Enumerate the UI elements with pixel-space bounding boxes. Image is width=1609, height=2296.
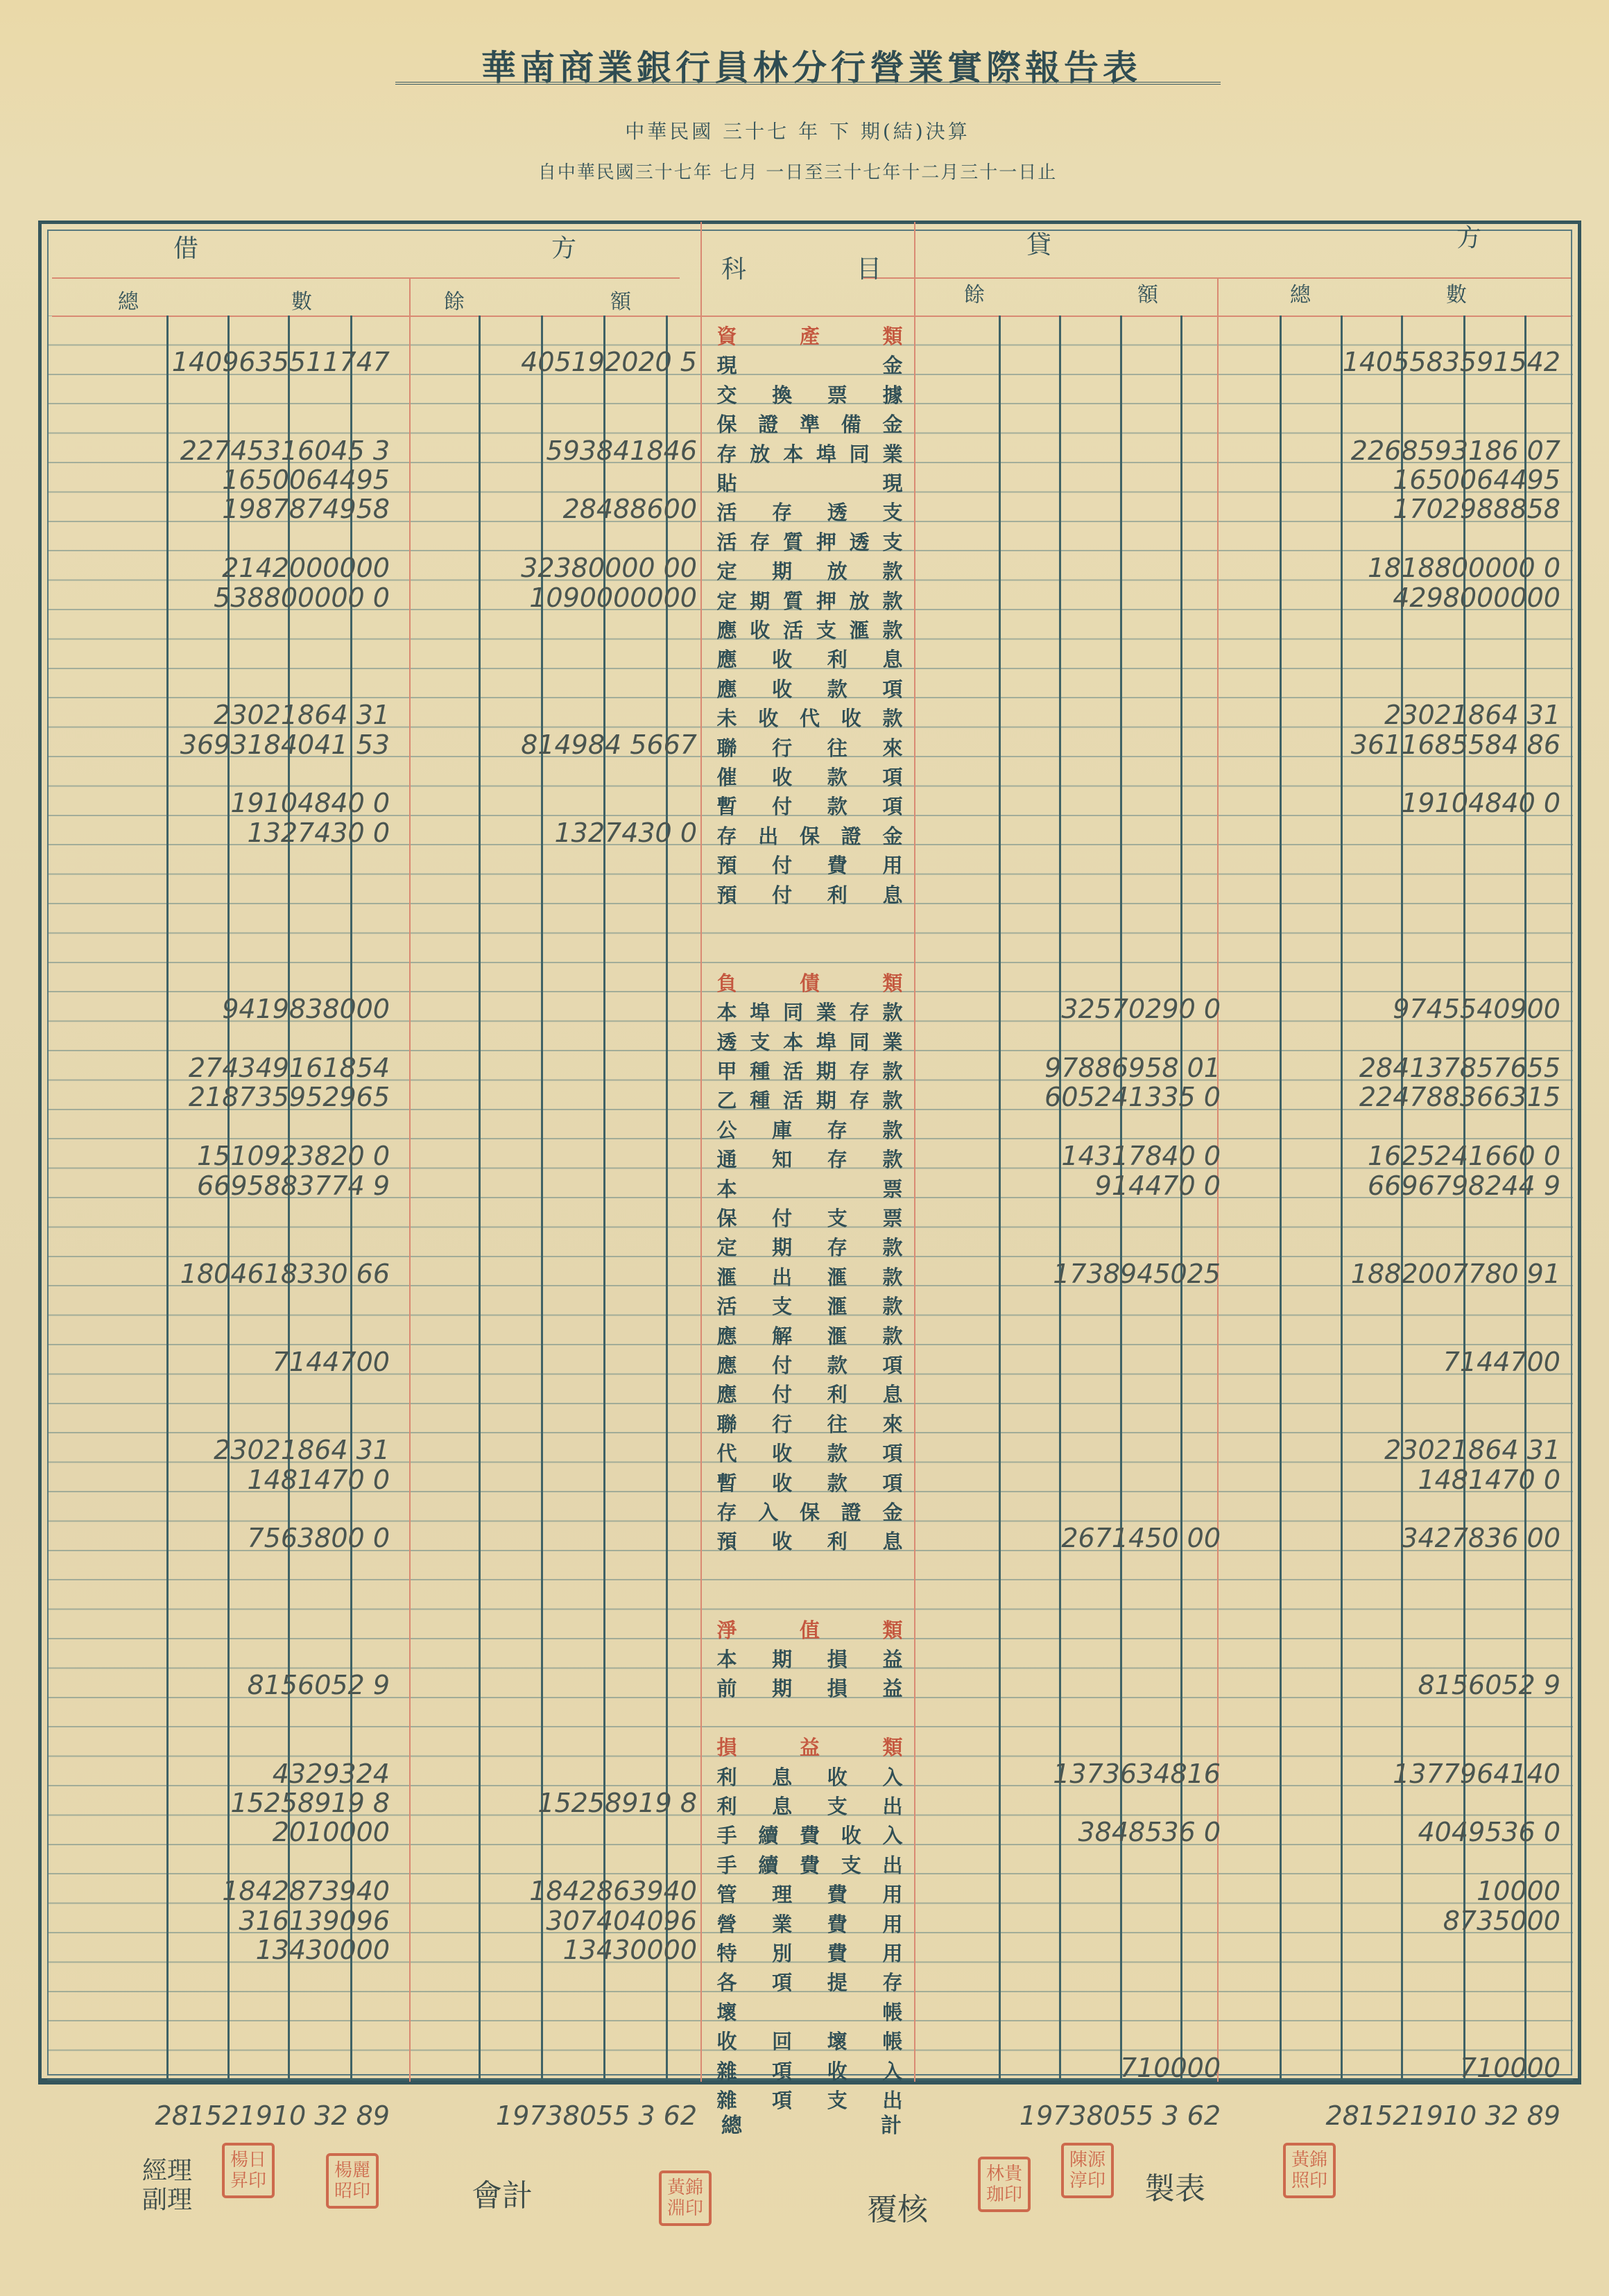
debit-total-value: 13430000	[104, 1935, 390, 1965]
account-char: 入	[880, 1762, 905, 1791]
account-name: 手續費支出	[714, 1850, 905, 1879]
debit-balance-value: 13430000	[430, 1935, 697, 1965]
account-char: 支	[825, 1203, 850, 1232]
account-char: 收	[770, 644, 795, 673]
account-char: 項	[770, 1967, 795, 1996]
debit-total-value: 15258919 8	[104, 1788, 390, 1818]
account-char: 息	[880, 644, 905, 673]
account-char: 款	[825, 791, 850, 820]
account-name: 預付費用	[714, 850, 905, 879]
account-char: 往	[825, 733, 850, 762]
account-char: 來	[880, 1409, 905, 1438]
account-char: 收	[770, 762, 795, 791]
debit-balance-value: 814984 5667	[430, 730, 697, 759]
account-char: 本	[781, 1027, 806, 1056]
account-char: 暫	[714, 791, 739, 820]
account-char: 帳	[880, 2026, 905, 2055]
account-char: 聯	[714, 1409, 739, 1438]
debit-balance-value: 405192020 5	[430, 347, 697, 377]
account-char: 存	[847, 997, 872, 1026]
account-char: 支	[880, 497, 905, 526]
account-char: 業	[770, 1909, 795, 1938]
account-char: 特	[714, 1938, 739, 1967]
account-char: 款	[880, 1056, 905, 1085]
account-char: 息	[770, 1791, 795, 1820]
account-char: 滙	[825, 1262, 850, 1291]
account-char: 息	[880, 1379, 905, 1408]
account-char: 應	[714, 674, 739, 703]
credit-total-value: 9745540900	[1234, 994, 1560, 1024]
account-char: 行	[770, 1409, 795, 1438]
account-name: 本埠同業存款	[714, 997, 905, 1026]
account-char: 期	[814, 1056, 838, 1085]
account-char: 續	[756, 1820, 781, 1849]
account-char: 收	[838, 703, 863, 732]
account-char: 類	[880, 1615, 905, 1644]
account-char: 付	[770, 1350, 795, 1379]
account-char: 存	[714, 439, 739, 468]
account-name: 應收活支滙款	[714, 615, 905, 644]
credit-total-value: 8156052 9	[1234, 1671, 1560, 1700]
account-char: 應	[714, 1350, 739, 1379]
account-name	[714, 1703, 905, 1732]
account-char: 本	[714, 1174, 739, 1203]
account-name: 前期損益	[714, 1673, 905, 1702]
account-char: 益	[880, 1673, 905, 1702]
account-name: 現金	[714, 350, 905, 379]
account-char: 本	[714, 1644, 739, 1673]
account-char: 業	[880, 1027, 905, 1056]
account-char: 行	[770, 733, 795, 762]
account-char: 款	[880, 1115, 905, 1144]
credit-total-value: 23021864 31	[1234, 700, 1560, 730]
account-name: 定期質押放款	[714, 586, 905, 615]
account-name	[714, 938, 905, 967]
account-char: 項	[880, 762, 905, 791]
account-char: 手	[714, 1820, 739, 1849]
debit-balance-value: 1090000000	[430, 583, 697, 612]
credit-balance-value: 1738945025	[929, 1259, 1221, 1288]
account-name	[714, 1556, 905, 1585]
account-char: 入	[880, 2056, 905, 2085]
debit-balance-head-r: 額	[610, 284, 631, 315]
account-char: 質	[781, 586, 806, 615]
debit-heading-left: 借	[173, 229, 198, 264]
account-char: 存	[714, 1497, 739, 1526]
account-char: 出	[756, 821, 781, 850]
account-char: 益	[880, 1644, 905, 1673]
signature-accountant: 會計	[472, 2170, 533, 2215]
account-char: 同	[847, 1027, 872, 1056]
account-char: 款	[880, 556, 905, 585]
date-range-line: 自中華民國三十七年 七月 一日至三十七年十二月三十一日止	[485, 158, 1110, 184]
account-name: 未收代收款	[714, 703, 905, 732]
account-char: 款	[825, 1438, 850, 1467]
account-char: 用	[880, 1938, 905, 1967]
account-char: 換	[770, 380, 795, 409]
account-char: 存	[825, 1232, 850, 1261]
account-char: 收	[825, 1762, 850, 1791]
account-char: 來	[880, 733, 905, 762]
seal-reviewer-2: 陳源淳印	[1061, 2143, 1114, 2198]
account-char: 期	[770, 556, 795, 585]
account-name: 活存透支	[714, 497, 905, 526]
account-char: 滙	[825, 1291, 850, 1320]
debit-balance-value: 15258919 8	[430, 1788, 697, 1818]
account-char: 活	[781, 1085, 806, 1114]
account-char: 債	[798, 968, 823, 997]
category-heading: 淨值類	[714, 1615, 905, 1644]
account-char: 期	[748, 586, 773, 615]
account-char: 通	[714, 1144, 739, 1173]
account-char: 支	[770, 1291, 795, 1320]
account-char: 用	[880, 1879, 905, 1908]
account-char: 款	[880, 1144, 905, 1173]
account-char: 營	[714, 1909, 739, 1938]
credit-balance-value: 14317840 0	[929, 1141, 1221, 1171]
account-char: 未	[714, 703, 739, 732]
account-char: 產	[798, 321, 823, 350]
account-char: 壞	[825, 2026, 850, 2055]
account-char: 質	[781, 527, 806, 556]
debit-total-value: 1804618330 66	[104, 1259, 390, 1288]
account-char: 證	[838, 821, 863, 850]
account-char: 保	[714, 1203, 739, 1232]
account-name: 暫收款項	[714, 1468, 905, 1497]
credit-balance-value: 914470 0	[929, 1171, 1221, 1200]
account-name: 雜項收入	[714, 2056, 905, 2085]
debit-total-head-l: 總	[118, 284, 139, 315]
debit-balance-value: 28488600	[430, 494, 697, 524]
account-char: 透	[847, 527, 872, 556]
credit-total-value: 1377964140	[1234, 1759, 1560, 1788]
account-char: 收	[756, 703, 781, 732]
account-char: 備	[838, 409, 863, 438]
account-char: 淨	[714, 1615, 739, 1644]
account-char: 同	[847, 439, 872, 468]
credit-total-value: 2268593186 07	[1234, 436, 1560, 465]
debit-total-value: 22745316045 3	[104, 436, 390, 465]
account-char: 款	[825, 1468, 850, 1497]
account-char: 本	[781, 439, 806, 468]
account-name: 預收利息	[714, 1526, 905, 1555]
account-char: 代	[714, 1438, 739, 1467]
account-char: 款	[880, 586, 905, 615]
account-char: 款	[880, 1291, 905, 1320]
seal-deputy: 楊麗昭印	[326, 2153, 379, 2209]
account-char: 放	[748, 439, 773, 468]
category-heading: 損益類	[714, 1732, 905, 1761]
col-divider-debit	[409, 277, 411, 2082]
account-char: 埠	[814, 1027, 838, 1056]
account-char: 應	[714, 615, 739, 644]
account-name: 存出保證金	[714, 821, 905, 850]
account-char: 滙	[714, 1262, 739, 1291]
debit-balance-value: 593841846	[430, 436, 697, 465]
account-name: 應付利息	[714, 1379, 905, 1408]
account-char: 應	[714, 1321, 739, 1350]
account-char: 業	[814, 997, 838, 1026]
credit-balance-value: 1373634816	[929, 1759, 1221, 1788]
account-char: 益	[798, 1732, 823, 1761]
account-name: 公庫存款	[714, 1115, 905, 1144]
credit-total-value: 1882007780 91	[1234, 1259, 1560, 1288]
account-name: 存放本埠同業	[714, 439, 905, 468]
account-char: 息	[880, 880, 905, 909]
account-char: 付	[770, 880, 795, 909]
account-char: 存	[825, 1115, 850, 1144]
credit-balance-value: 605241335 0	[929, 1082, 1221, 1112]
credit-balance-value: 32570290 0	[929, 994, 1221, 1024]
account-char: 息	[880, 1526, 905, 1555]
account-name: 透支本埠同業	[714, 1027, 905, 1056]
period-line: 中華民國 三十七 年 下 期(結)決算	[485, 116, 1110, 144]
debit-balance-value: 1327430 0	[430, 818, 697, 847]
debit-total-value: 1650064495	[104, 465, 390, 494]
account-char: 收	[825, 2056, 850, 2085]
account-char: 放	[825, 556, 850, 585]
account-char: 費	[825, 1909, 850, 1938]
account-char: 聯	[714, 733, 739, 762]
account-name: 活存質押透支	[714, 527, 905, 556]
account-name: 利息收入	[714, 1762, 905, 1791]
account-char: 用	[880, 1909, 905, 1938]
debit-total-value: 7563800 0	[104, 1524, 390, 1553]
debit-total-value: 9419838000	[104, 994, 390, 1024]
account-char: 活	[781, 1056, 806, 1085]
account-name: 定期放款	[714, 556, 905, 585]
account-char: 利	[825, 1526, 850, 1555]
account-char: 收	[770, 1468, 795, 1497]
account-char: 現	[714, 350, 739, 379]
account-char: 存	[880, 1967, 905, 1996]
account-char: 知	[770, 1144, 795, 1173]
account-char: 透	[714, 1027, 739, 1056]
account-char: 存	[714, 821, 739, 850]
account-char: 預	[714, 850, 739, 879]
account-char: 資	[714, 321, 739, 350]
account-char: 收	[770, 1526, 795, 1555]
account-char: 保	[798, 821, 823, 850]
credit-total-value: 10000	[1234, 1876, 1560, 1906]
account-char: 各	[714, 1967, 739, 1996]
account-char: 活	[714, 497, 739, 526]
credit-total-value: 1625241660 0	[1234, 1141, 1560, 1171]
account-char: 付	[770, 850, 795, 879]
account-char: 定	[714, 556, 739, 585]
account-char: 息	[770, 1762, 795, 1791]
credit-total-head-l: 總	[1290, 277, 1311, 308]
account-name: 暫付款項	[714, 791, 905, 820]
account-char: 催	[714, 762, 739, 791]
account-char: 入	[880, 1820, 905, 1849]
account-char: 前	[714, 1673, 739, 1702]
debit-total-value: 2010000	[104, 1818, 390, 1847]
account-char: 放	[847, 586, 872, 615]
account-char: 出	[880, 1791, 905, 1820]
account-char: 暫	[714, 1468, 739, 1497]
account-char: 證	[756, 409, 781, 438]
debit-total-value: 4329324	[104, 1759, 390, 1788]
account-name: 特別費用	[714, 1938, 905, 1967]
account-name: 本期損益	[714, 1644, 905, 1673]
credit-total-value: 1702988858	[1234, 494, 1560, 524]
account-char: 種	[748, 1085, 773, 1114]
account-char: 預	[714, 1526, 739, 1555]
account-char: 期	[770, 1673, 795, 1702]
account-char: 費	[798, 1820, 823, 1849]
account-char: 項	[880, 791, 905, 820]
account-char: 存	[847, 1056, 872, 1085]
debit-total-value: 1409635511747	[104, 347, 390, 377]
account-name: 本票	[714, 1174, 905, 1203]
title-underline	[395, 82, 1221, 85]
account-name: 利息支出	[714, 1791, 905, 1820]
credit-balance-value: 710000	[929, 2053, 1221, 2082]
debit-total-value: 316139096	[104, 1906, 390, 1935]
account-char: 利	[825, 644, 850, 673]
account-name: 乙種活期存款	[714, 1085, 905, 1114]
account-char: 存	[847, 1085, 872, 1114]
account-char: 公	[714, 1115, 739, 1144]
credit-heading-left: 貸	[1026, 225, 1051, 261]
account-char: 乙	[714, 1085, 739, 1114]
account-char: 埠	[814, 439, 838, 468]
debit-balance-value: 307404096	[430, 1906, 697, 1935]
account-char: 壞	[714, 1997, 739, 2026]
account-char: 存	[770, 497, 795, 526]
account-char: 提	[825, 1967, 850, 1996]
account-char: 類	[880, 321, 905, 350]
account-name	[714, 909, 905, 938]
signature-preparer: 製表	[1144, 2164, 1205, 2208]
account-char: 期	[770, 1232, 795, 1261]
account-char: 款	[825, 674, 850, 703]
account-name: 催收款項	[714, 762, 905, 791]
credit-total-value: 1818800000 0	[1234, 553, 1560, 582]
account-char: 押	[814, 586, 838, 615]
account-name: 聯行往來	[714, 1409, 905, 1438]
account-char: 存	[748, 527, 773, 556]
credit-total-value: 4298000000	[1234, 583, 1560, 612]
signature-reviewer: 覆核	[867, 2184, 928, 2229]
debit-total-value: 2142000000	[104, 553, 390, 582]
account-char: 收	[838, 1820, 863, 1849]
account-char: 往	[825, 1409, 850, 1438]
account-char: 入	[756, 1497, 781, 1526]
account-char: 庫	[770, 1115, 795, 1144]
account-char: 保	[714, 409, 739, 438]
account-char: 款	[825, 1350, 850, 1379]
debit-total-value: 3693184041 53	[104, 730, 390, 759]
account-name: 各項提存	[714, 1967, 905, 1996]
account-char: 準	[798, 409, 823, 438]
account-char: 項	[880, 674, 905, 703]
account-char: 應	[714, 1379, 739, 1408]
credit-total-value: 1481470 0	[1234, 1465, 1560, 1494]
account-heading-left: 科	[721, 250, 746, 285]
account-char: 收	[748, 615, 773, 644]
account-char: 預	[714, 880, 739, 909]
account-char: 金	[880, 350, 905, 379]
account-name: 定期存款	[714, 1232, 905, 1261]
account-char: 支	[814, 615, 838, 644]
account-char: 金	[880, 1497, 905, 1526]
account-char: 甲	[714, 1056, 739, 1085]
col-divider-account-right	[914, 222, 915, 2082]
account-char: 利	[825, 880, 850, 909]
account-char: 代	[798, 703, 823, 732]
account-char: 業	[880, 439, 905, 468]
account-char: 金	[880, 409, 905, 438]
account-char: 收	[770, 1438, 795, 1467]
credit-total-value: 1405583591542	[1234, 347, 1560, 377]
account-char: 支	[880, 527, 905, 556]
category-heading: 負債類	[714, 968, 905, 997]
account-char: 期	[814, 1085, 838, 1114]
account-name: 應收利息	[714, 644, 905, 673]
total-credit-balance: 19738055 3 62	[929, 2101, 1221, 2130]
account-char: 解	[770, 1321, 795, 1350]
account-name: 營業費用	[714, 1909, 905, 1938]
account-char: 手	[714, 1850, 739, 1879]
debit-total-value: 538800000 0	[104, 583, 390, 612]
credit-total-value: 8735000	[1234, 1906, 1560, 1935]
account-char: 回	[770, 2026, 795, 2055]
account-char: 別	[770, 1938, 795, 1967]
account-char: 款	[880, 1321, 905, 1350]
account-char: 費	[825, 850, 850, 879]
account-char: 交	[714, 380, 739, 409]
account-name: 通知存款	[714, 1144, 905, 1173]
debit-total-value: 1842873940	[104, 1876, 390, 1906]
account-name: 甲種活期存款	[714, 1056, 905, 1085]
credit-total-value: 3427836 00	[1234, 1524, 1560, 1553]
account-char: 款	[880, 703, 905, 732]
debit-total-value: 1987874958	[104, 494, 390, 524]
account-char: 款	[880, 1232, 905, 1261]
credit-balance-head-l: 餘	[964, 277, 985, 308]
account-name: 保證準備金	[714, 409, 905, 438]
debit-total-value: 8156052 9	[104, 1671, 390, 1700]
account-heading-right: 目	[857, 250, 881, 285]
account-name: 管理費用	[714, 1879, 905, 1908]
account-char: 帳	[880, 1997, 905, 2026]
debit-total-head-r: 數	[291, 284, 312, 315]
credit-balance-head-r: 額	[1137, 277, 1158, 308]
account-name: 代收款項	[714, 1438, 905, 1467]
account-char: 本	[714, 997, 739, 1026]
account-char: 貼	[714, 468, 739, 497]
account-char: 支	[838, 1850, 863, 1879]
account-char: 票	[880, 1203, 905, 1232]
account-name: 應付款項	[714, 1350, 905, 1379]
account-char: 款	[880, 1262, 905, 1291]
account-char: 存	[825, 1144, 850, 1173]
account-char: 款	[825, 762, 850, 791]
credit-heading-right: 方	[1456, 218, 1481, 254]
credit-total-value: 7144700	[1234, 1347, 1560, 1376]
account-name: 收回壞帳	[714, 2026, 905, 2055]
account-char: 管	[714, 1879, 739, 1908]
account-char: 據	[880, 380, 905, 409]
account-char: 定	[714, 586, 739, 615]
category-heading: 資產類	[714, 321, 905, 350]
account-char: 押	[814, 527, 838, 556]
total-debit-total: 281521910 32 89	[104, 2101, 390, 2130]
account-name: 保付支票	[714, 1203, 905, 1232]
account-name: 應解滙款	[714, 1321, 905, 1350]
